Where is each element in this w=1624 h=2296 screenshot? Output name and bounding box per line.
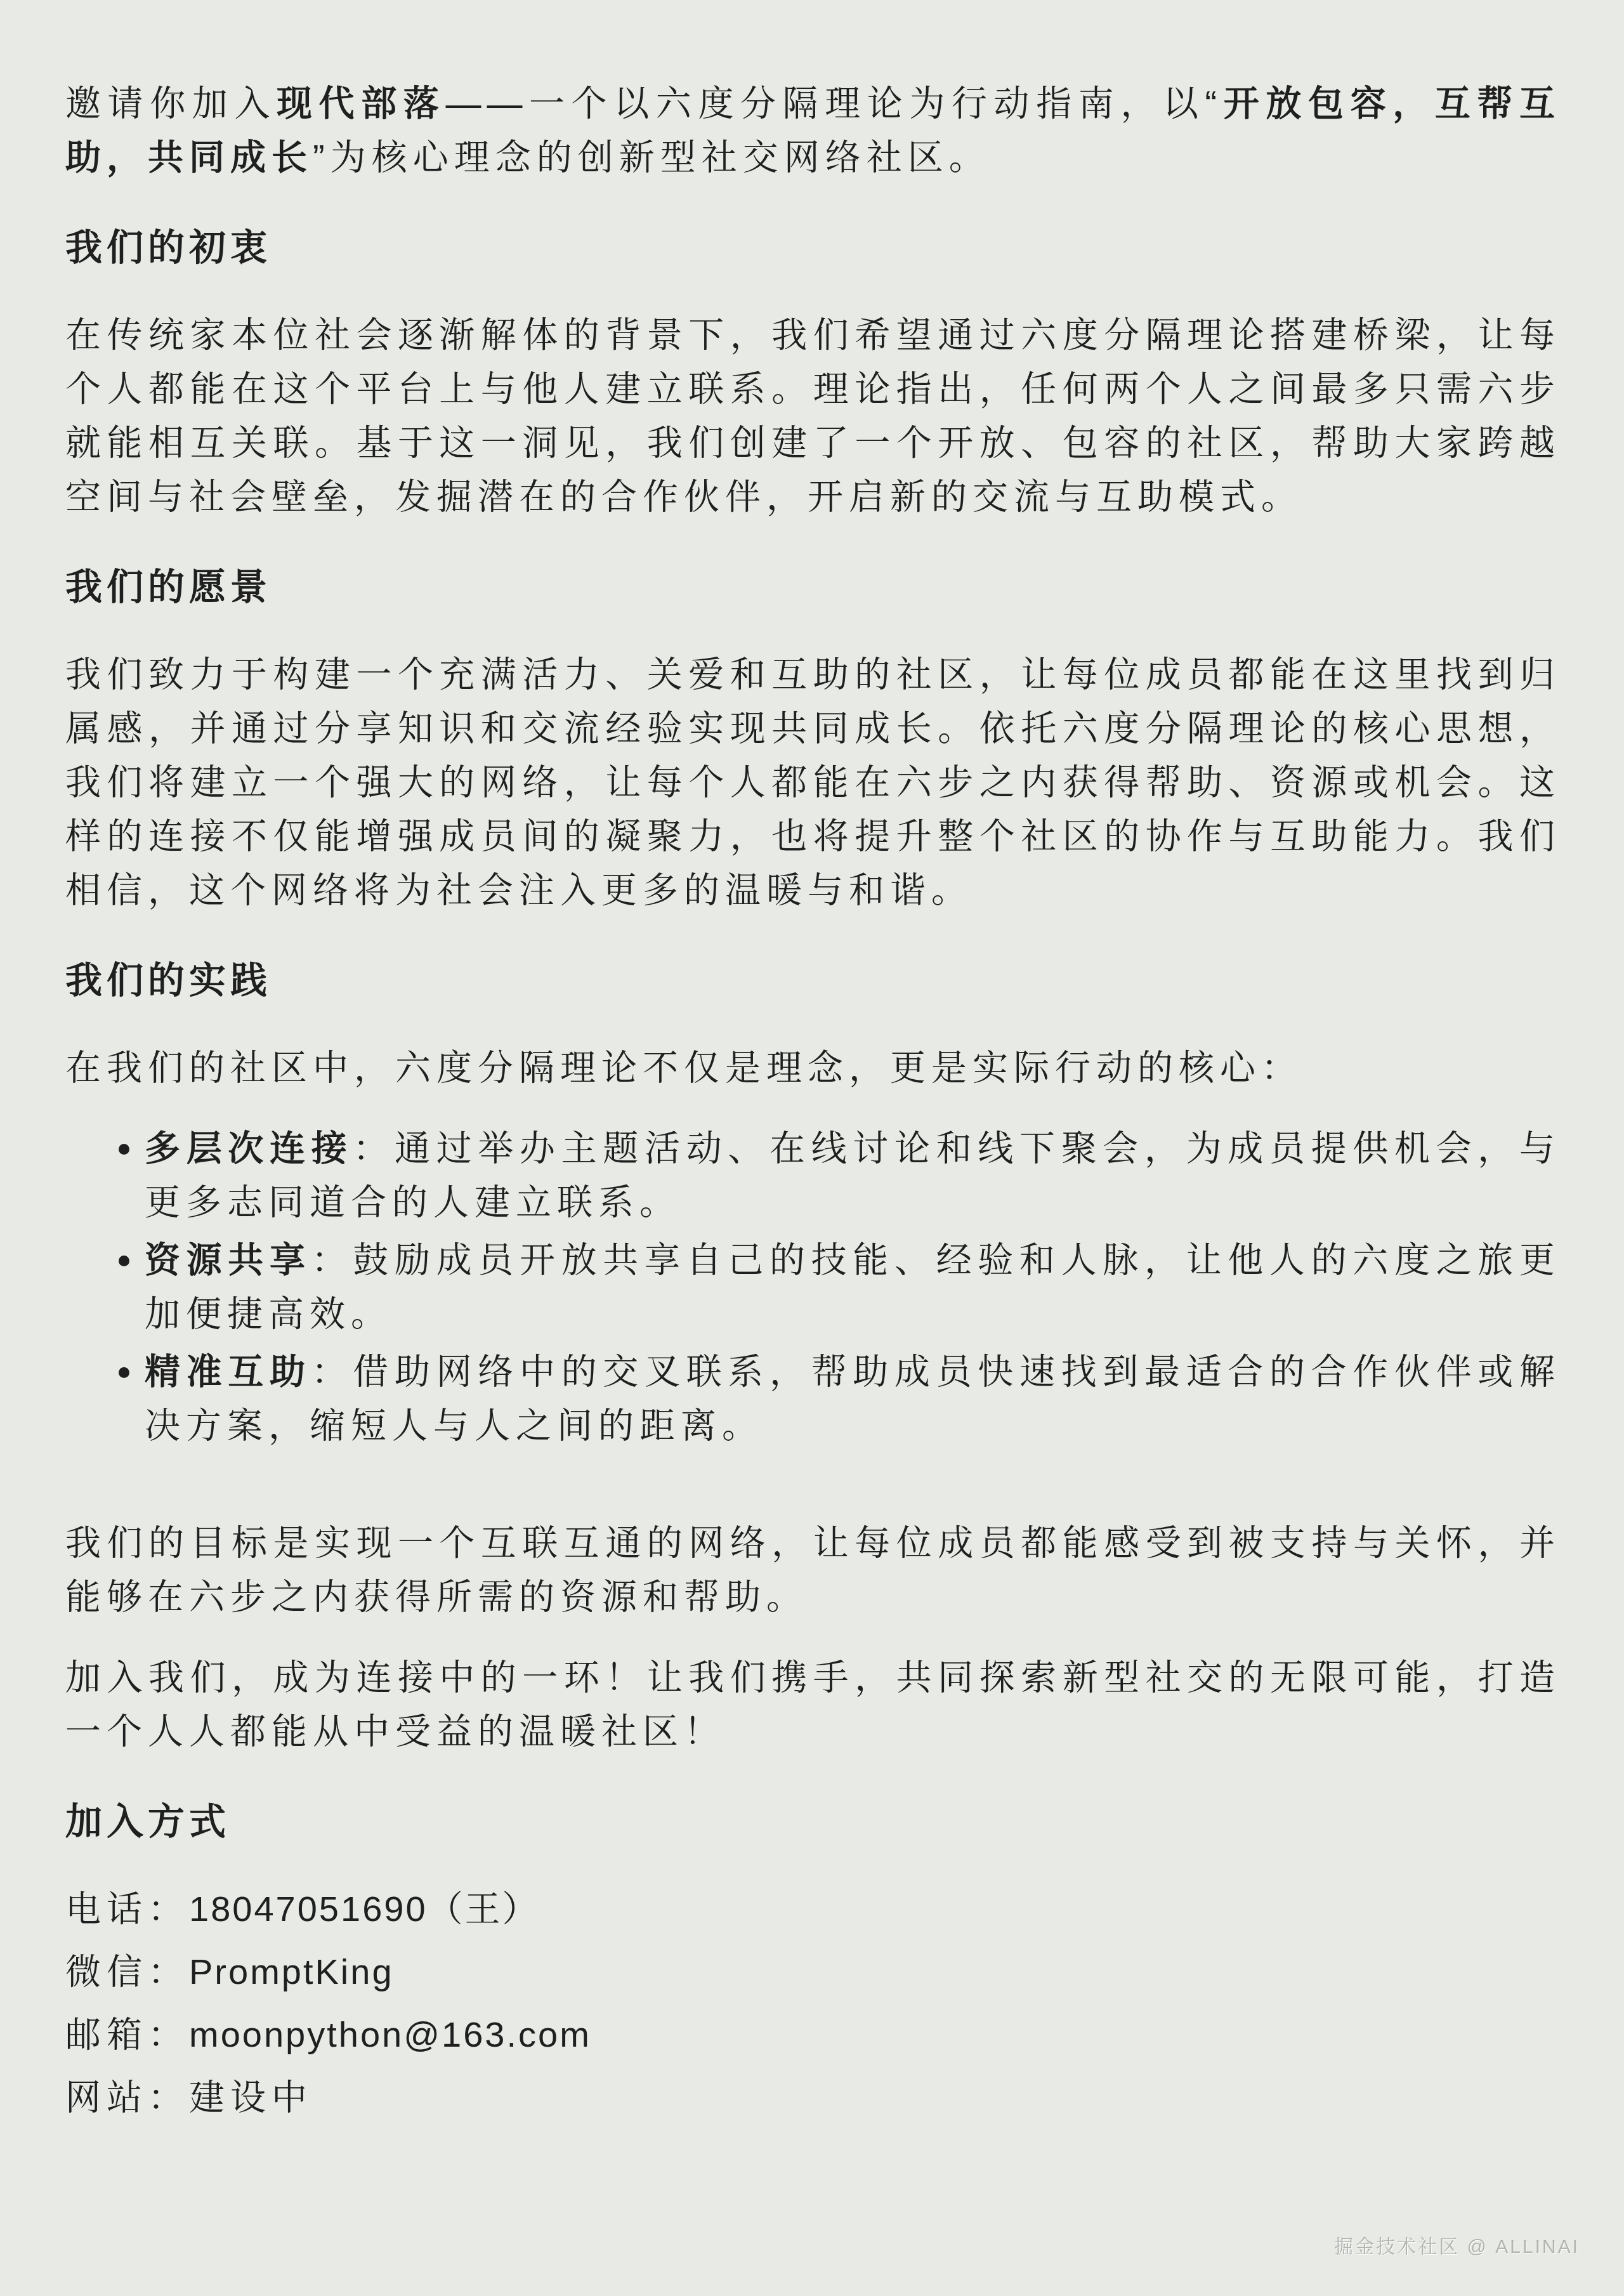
contact-separator: ： bbox=[148, 1952, 189, 1991]
contact-separator: ： bbox=[148, 2014, 189, 2054]
bullet-desc: ：通过举办主题活动、在线讨论和线下聚会，为成员提供机会，与更多志同道合的人建立联… bbox=[145, 1128, 1561, 1222]
intro-mid: ——一个以六度分隔理论为行动指南，以“ bbox=[445, 83, 1222, 123]
contact-email: 邮箱：moonpython@163.com bbox=[65, 2007, 1561, 2061]
heading-join: 加入方式 bbox=[65, 1795, 1561, 1849]
contact-label: 邮箱 bbox=[65, 2014, 148, 2054]
contact-label: 电话 bbox=[65, 1889, 148, 1929]
contact-value: moonpython@163.com bbox=[189, 2014, 591, 2054]
heading-practice: 我们的实践 bbox=[65, 954, 1561, 1007]
heading-vision: 我们的愿景 bbox=[65, 560, 1561, 614]
mission-body: 在传统家本位社会逐渐解体的背景下，我们希望通过六度分隔理论搭建桥梁，让每个人都能… bbox=[65, 308, 1561, 523]
bullet-term: 资源共享 bbox=[145, 1240, 311, 1280]
list-item: 精准互助：借助网络中的交叉联系，帮助成员快速找到最适合的合作伙伴或解决方案，缩短… bbox=[145, 1344, 1561, 1452]
invite-paragraph: 加入我们，成为连接中的一环！让我们携手，共同探索新型社交的无限可能，打造一个人人… bbox=[65, 1650, 1561, 1758]
contact-separator: ： bbox=[148, 2077, 189, 2117]
contact-label: 微信 bbox=[65, 1952, 148, 1991]
contact-label: 网站 bbox=[65, 2077, 148, 2117]
document-page: { "page": { "background_color": "#e7eae5… bbox=[0, 0, 1624, 2296]
contact-list: 电话：18047051690（王） 微信：PromptKing 邮箱：moonp… bbox=[65, 1882, 1561, 2124]
practice-list: 多层次连接：通过举办主题活动、在线讨论和线下聚会，为成员提供机会，与更多志同道合… bbox=[65, 1121, 1561, 1452]
contact-value: 18047051690（王） bbox=[189, 1889, 540, 1929]
intro-post: ”为核心理念的创新型社交网络社区。 bbox=[313, 137, 990, 177]
list-item: 资源共享：鼓励成员开放共享自己的技能、经验和人脉，让他人的六度之旅更加便捷高效。 bbox=[145, 1233, 1561, 1341]
list-item: 多层次连接：通过举办主题活动、在线讨论和线下聚会，为成员提供机会，与更多志同道合… bbox=[145, 1121, 1561, 1229]
goal-paragraph: 我们的目标是实现一个互联互通的网络，让每位成员都能感受到被支持与关怀，并能够在六… bbox=[65, 1516, 1561, 1624]
contact-website: 网站：建设中 bbox=[65, 2070, 1561, 2124]
vision-body: 我们致力于构建一个充满活力、关爱和互助的社区，让每位成员都能在这里找到归属感，并… bbox=[65, 647, 1561, 917]
document-content: 邀请你加入现代部落——一个以六度分隔理论为行动指南，以“开放包容，互帮互助，共同… bbox=[0, 0, 1624, 2124]
intro-paragraph: 邀请你加入现代部落——一个以六度分隔理论为行动指南，以“开放包容，互帮互助，共同… bbox=[65, 76, 1561, 184]
bullet-term: 多层次连接 bbox=[145, 1128, 353, 1168]
contact-separator: ： bbox=[148, 1889, 189, 1929]
contact-value: PromptKing bbox=[189, 1952, 394, 1991]
contact-value: 建设中 bbox=[189, 2077, 313, 2117]
watermark: 掘金技术社区 @ ALLINAI bbox=[1334, 2231, 1580, 2259]
contact-wechat: 微信：PromptKing bbox=[65, 1945, 1561, 1998]
bullet-desc: ：借助网络中的交叉联系，帮助成员快速找到最适合的合作伙伴或解决方案，缩短人与人之… bbox=[145, 1351, 1561, 1445]
heading-mission: 我们的初衷 bbox=[65, 221, 1561, 275]
brand-name: 现代部落 bbox=[277, 83, 445, 123]
practice-lead: 在我们的社区中，六度分隔理论不仅是理念，更是实际行动的核心： bbox=[65, 1040, 1561, 1094]
bullet-desc: ：鼓励成员开放共享自己的技能、经验和人脉，让他人的六度之旅更加便捷高效。 bbox=[145, 1240, 1561, 1334]
contact-phone: 电话：18047051690（王） bbox=[65, 1882, 1561, 1936]
intro-pre: 邀请你加入 bbox=[65, 83, 277, 123]
bullet-term: 精准互助 bbox=[145, 1351, 311, 1391]
